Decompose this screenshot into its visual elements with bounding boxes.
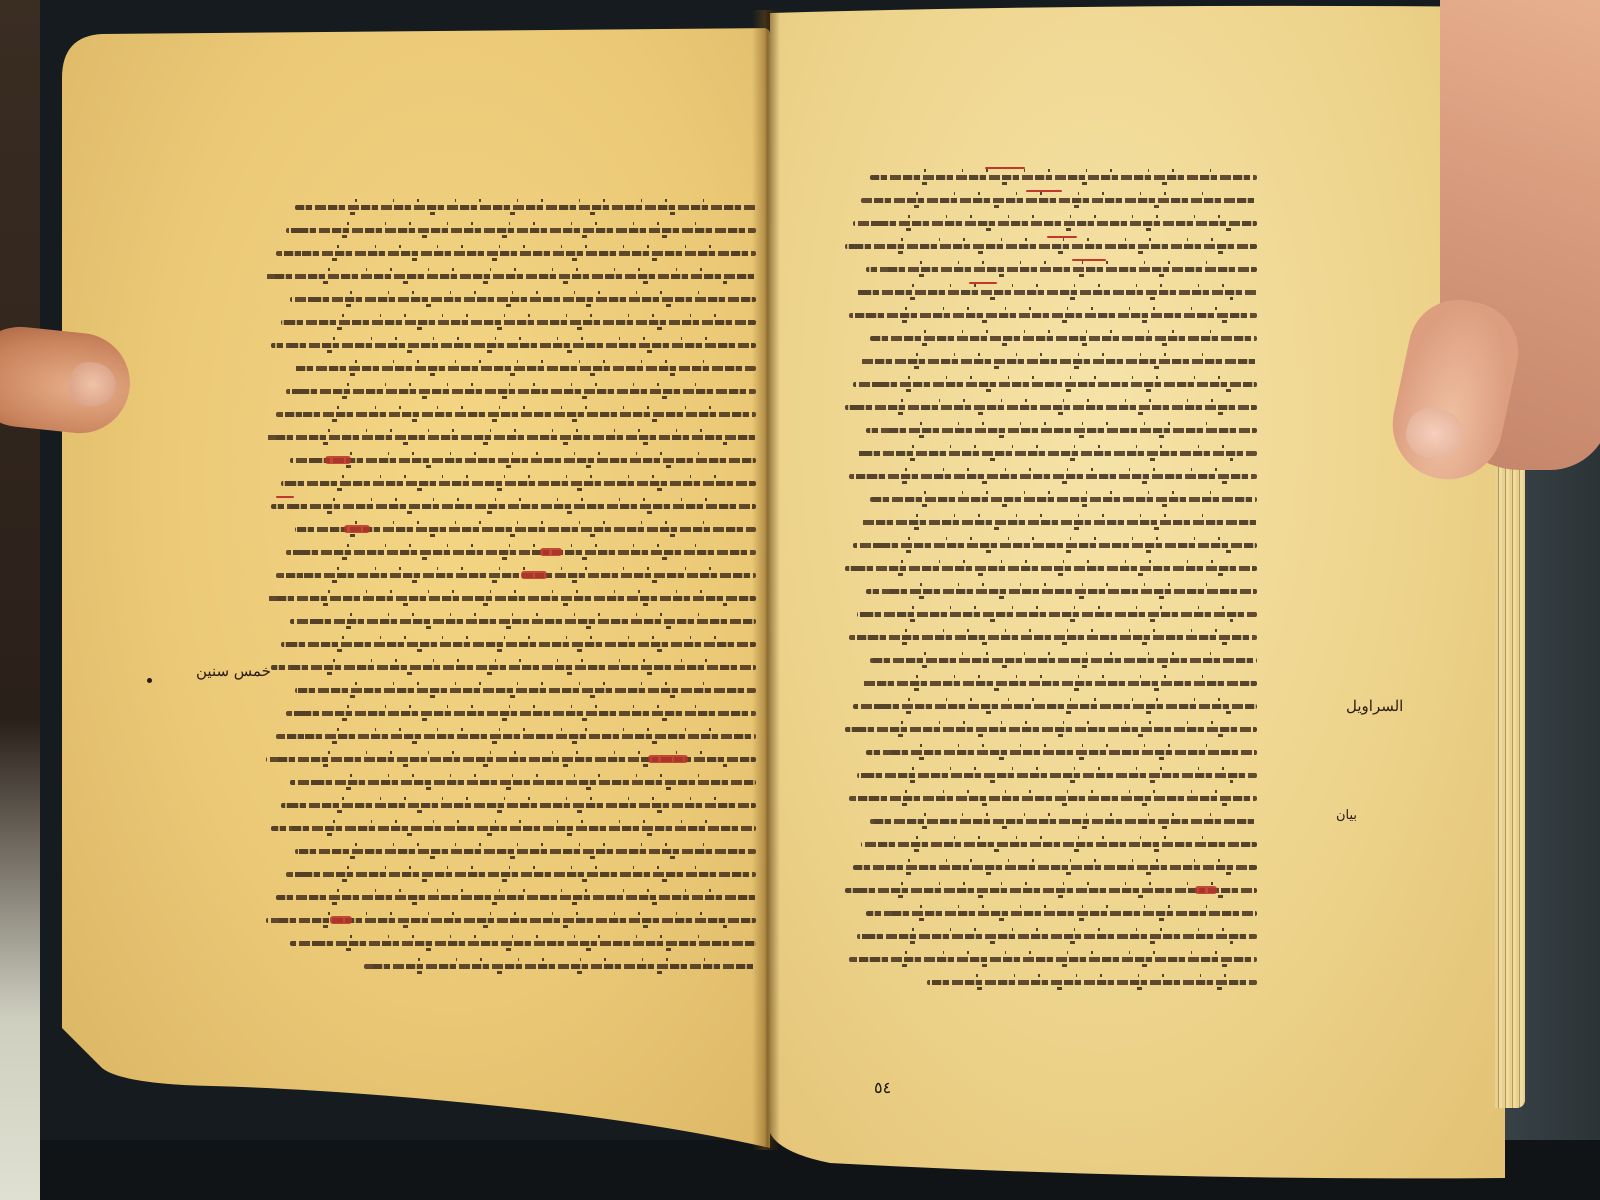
manuscript-line (845, 442, 1257, 465)
ink-stroke (266, 596, 756, 601)
red-rubric-word (540, 548, 562, 556)
manuscript-line (845, 281, 1257, 304)
ink-stroke (295, 366, 756, 371)
manuscript-line (266, 518, 756, 541)
left-text-block (266, 196, 756, 978)
manuscript-line (266, 587, 756, 610)
manuscript-line (266, 748, 756, 771)
manuscript-line (266, 449, 756, 472)
manuscript-line (266, 357, 756, 380)
ink-stroke (286, 389, 756, 394)
manuscript-line (845, 718, 1257, 741)
manuscript-line (845, 396, 1257, 419)
ink-stroke (845, 405, 1257, 410)
ink-stroke (866, 589, 1257, 594)
manuscript-line (266, 288, 756, 311)
ink-stroke (853, 865, 1257, 870)
ink-stroke (870, 819, 1257, 824)
ink-stroke (861, 359, 1257, 364)
ink-stroke (281, 642, 756, 647)
manuscript-line (266, 265, 756, 288)
ink-stroke (290, 297, 756, 302)
manuscript-line (266, 219, 756, 242)
ink-stroke (866, 428, 1257, 433)
ink-stroke (853, 704, 1257, 709)
manuscript-line (845, 557, 1257, 580)
ink-stroke (286, 228, 756, 233)
red-rubric-word (325, 456, 351, 464)
red-rubric-word (344, 525, 370, 533)
red-rubric-word (330, 916, 352, 924)
manuscript-line (845, 925, 1257, 948)
ink-stroke (857, 612, 1257, 617)
ink-stroke (849, 957, 1257, 962)
red-rubric-word (521, 571, 547, 579)
manuscript-line (845, 626, 1257, 649)
ink-stroke (927, 980, 1257, 985)
manuscript-line (845, 856, 1257, 879)
manuscript-line (845, 580, 1257, 603)
ink-stroke (870, 658, 1257, 663)
ink-stroke (266, 435, 756, 440)
manuscript-line (266, 817, 756, 840)
right-margin-note-1: السراويل (1346, 697, 1403, 715)
ink-stroke (857, 934, 1257, 939)
red-overline-mark (1047, 236, 1077, 238)
ink-stroke (870, 336, 1257, 341)
manuscript-line (266, 955, 756, 978)
red-overline-mark (1072, 259, 1106, 261)
manuscript-line (845, 488, 1257, 511)
manuscript-line (266, 472, 756, 495)
ink-stroke (866, 911, 1257, 916)
ink-stroke (857, 773, 1257, 778)
manuscript-line (266, 564, 756, 587)
manuscript-line (266, 633, 756, 656)
manuscript-line (266, 886, 756, 909)
red-rubric-word (648, 755, 688, 763)
ink-stroke (276, 251, 756, 256)
manuscript-line (266, 840, 756, 863)
ink-stroke (866, 267, 1257, 272)
manuscript-line (845, 879, 1257, 902)
manuscript-line (845, 649, 1257, 672)
ink-stroke (281, 320, 756, 325)
ink-stroke (290, 619, 756, 624)
ink-stroke (849, 474, 1257, 479)
manuscript-line (845, 373, 1257, 396)
manuscript-line (845, 465, 1257, 488)
manuscript-line (266, 541, 756, 564)
ink-stroke (870, 175, 1257, 180)
book-gutter (752, 10, 780, 1150)
ink-stroke (845, 244, 1257, 249)
manuscript-line (266, 403, 756, 426)
ink-stroke (271, 826, 756, 831)
red-overline-mark (969, 282, 997, 284)
manuscript-line (845, 787, 1257, 810)
manuscript-line (266, 771, 756, 794)
manuscript-line (845, 833, 1257, 856)
ink-stroke (861, 520, 1257, 525)
thumbnail (68, 360, 118, 409)
ink-stroke (286, 711, 756, 716)
manuscript-line (266, 679, 756, 702)
ink-stroke (290, 780, 756, 785)
ink-stroke (866, 750, 1257, 755)
left-margin-note: خمس سنين (196, 662, 271, 680)
right-text-block (845, 166, 1257, 994)
ink-stroke (861, 681, 1257, 686)
ink-stroke (870, 497, 1257, 502)
ink-stroke (853, 382, 1257, 387)
ink-stroke (276, 895, 756, 900)
ink-stroke (857, 451, 1257, 456)
ink-stroke (266, 274, 756, 279)
ink-stroke (849, 635, 1257, 640)
ink-stroke (286, 550, 756, 555)
ink-stroke (861, 198, 1257, 203)
manuscript-line (845, 764, 1257, 787)
ink-stroke (857, 290, 1257, 295)
manuscript-line (845, 672, 1257, 695)
red-overline-mark (1026, 190, 1062, 192)
manuscript-line (266, 794, 756, 817)
manuscript-line (266, 311, 756, 334)
manuscript-line (845, 971, 1257, 994)
ink-stroke (845, 727, 1257, 732)
manuscript-line (266, 863, 756, 886)
manuscript-line (845, 212, 1257, 235)
thumbnail (1402, 403, 1467, 464)
ink-stroke (271, 504, 756, 509)
ink-stroke (861, 842, 1257, 847)
ink-stroke (290, 941, 756, 946)
red-overline-mark (985, 167, 1025, 169)
ink-stroke (281, 803, 756, 808)
manuscript-line (845, 810, 1257, 833)
manuscript-line (845, 603, 1257, 626)
ink-stroke (276, 412, 756, 417)
ink-stroke (276, 573, 756, 578)
manuscript-line (845, 948, 1257, 971)
manuscript-line (266, 380, 756, 403)
red-overline-mark (276, 496, 294, 498)
manuscript-line (845, 258, 1257, 281)
manuscript-line (266, 196, 756, 219)
manuscript-line (845, 304, 1257, 327)
manuscript-line (266, 242, 756, 265)
manuscript-line (266, 656, 756, 679)
ink-stroke (853, 221, 1257, 226)
manuscript-line (266, 495, 756, 518)
manuscript-line (845, 511, 1257, 534)
manuscript-line (266, 426, 756, 449)
ink-dot (147, 678, 152, 683)
manuscript-line (266, 610, 756, 633)
right-margin-note-2: بيان (1336, 808, 1357, 823)
ink-stroke (295, 205, 756, 210)
ink-stroke (295, 688, 756, 693)
ink-stroke (281, 481, 756, 486)
manuscript-line (266, 725, 756, 748)
manuscript-line (845, 189, 1257, 212)
ink-stroke (295, 849, 756, 854)
ink-stroke (845, 566, 1257, 571)
manuscript-line (845, 902, 1257, 925)
red-rubric-word (1195, 886, 1217, 894)
manuscript-line (845, 534, 1257, 557)
manuscript-line (845, 166, 1257, 189)
manuscript-line (266, 909, 756, 932)
ink-stroke (286, 872, 756, 877)
ink-stroke (853, 543, 1257, 548)
folio-mark: ٥٤ (874, 1078, 891, 1097)
manuscript-line (845, 419, 1257, 442)
manuscript-line (266, 334, 756, 357)
manuscript-line (266, 702, 756, 725)
ink-stroke (271, 665, 756, 670)
manuscript-line (266, 932, 756, 955)
ink-stroke (849, 313, 1257, 318)
manuscript-line (845, 695, 1257, 718)
manuscript-line (845, 741, 1257, 764)
ink-stroke (290, 458, 756, 463)
ink-stroke (364, 964, 756, 969)
manuscript-line (845, 235, 1257, 258)
ink-stroke (276, 734, 756, 739)
manuscript-line (845, 350, 1257, 373)
ink-stroke (849, 796, 1257, 801)
manuscript-line (845, 327, 1257, 350)
ink-stroke (271, 343, 756, 348)
background-left (0, 0, 45, 1200)
